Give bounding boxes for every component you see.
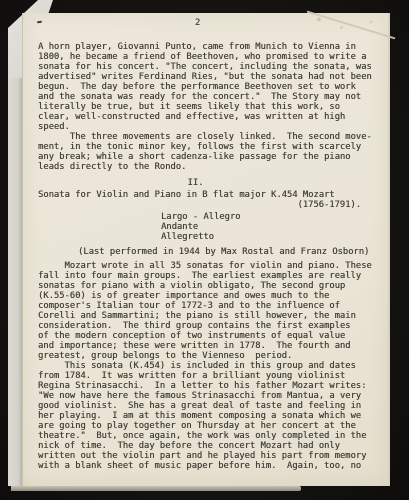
movements-paragraph: The three movements are closely linked. …: [38, 132, 373, 172]
foxing-spot: [339, 25, 344, 30]
composer-dates: (1756-1791).: [38, 200, 373, 210]
beethoven-paragraph: A horn player, Giovanni Punto, came from…: [38, 42, 373, 132]
last-performed-note: (Last performed in 1944 by Max Rostal an…: [78, 247, 373, 257]
mozart-sonata-paragraph: This sonata (K.454) is included in this …: [38, 361, 373, 471]
page-number: 2: [38, 18, 373, 28]
previous-page-edge: [8, 78, 23, 486]
document-page: 2 A horn player, Giovanni Punto, came fr…: [22, 13, 390, 486]
foxing-spot: [316, 17, 322, 22]
movement-list: Largo - Allegro Andante Allegretto: [161, 212, 373, 242]
mozart-groups-paragraph: Mozart wrote in all 35 sonatas for violi…: [38, 261, 373, 361]
page-stack-bottom-edge: [11, 486, 301, 491]
work-title: Sonata for Violin and Piano in B flat ma…: [38, 190, 373, 200]
foxing-spot: [369, 20, 373, 24]
section-heading: II.: [38, 178, 373, 188]
